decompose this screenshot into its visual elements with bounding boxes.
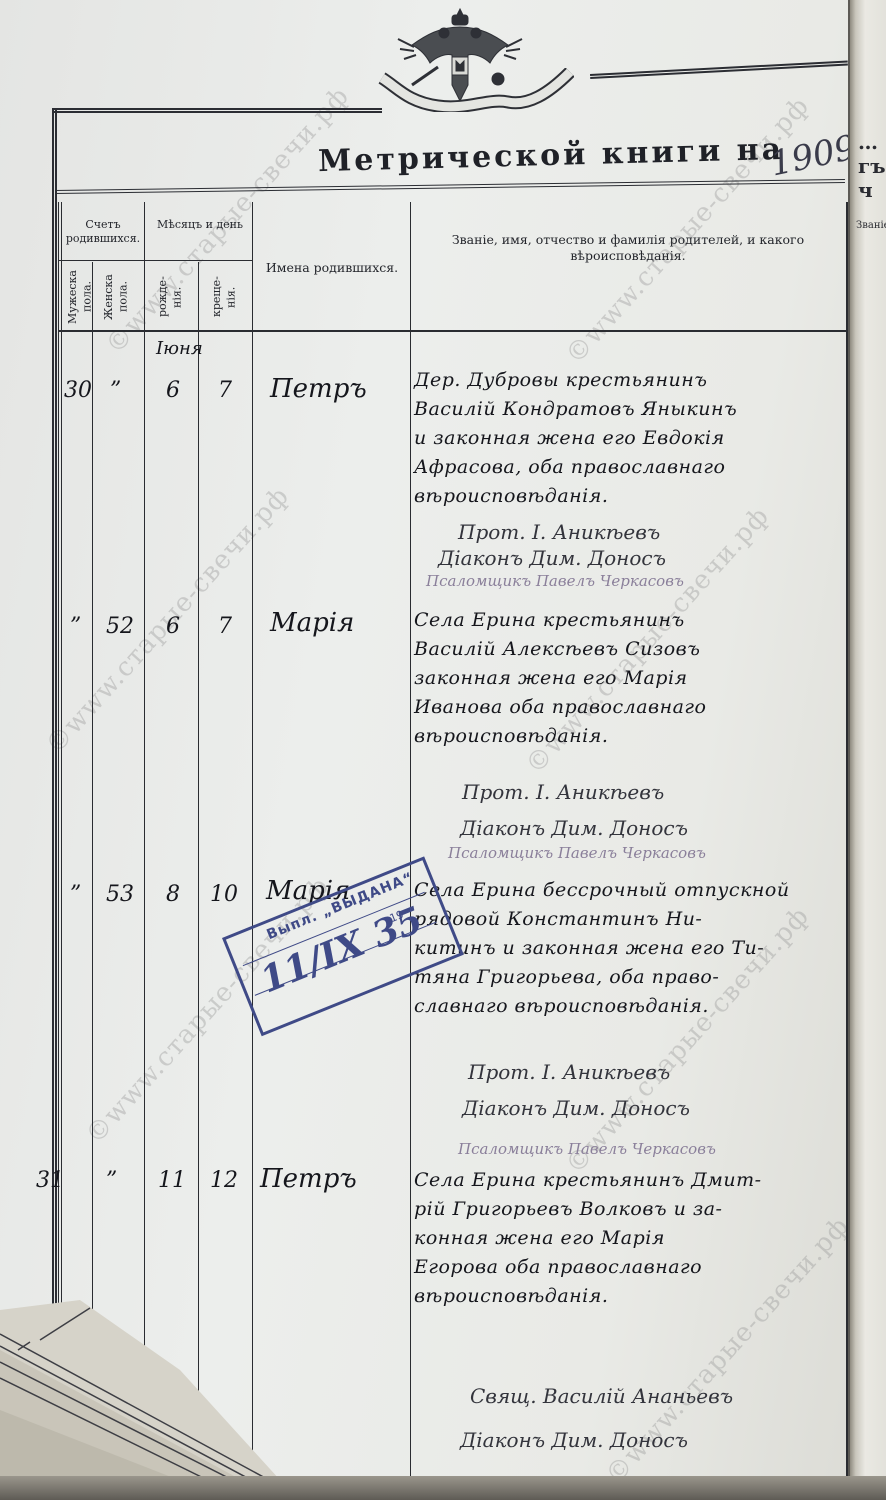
row-4-female-no: ”: [106, 1168, 117, 1193]
row-1-signature-deacon: Діаконъ Дим. Доносъ: [438, 546, 666, 570]
row-3-psalmist-note: Псаломщикъ Павелъ Черкасовъ: [458, 1140, 716, 1158]
row-3-baptism-day: 10: [210, 882, 238, 907]
row-1-psalmist-note: Псаломщикъ Павелъ Черкасовъ: [426, 572, 684, 590]
entry-line: Села Ерина бессрочный отпускной: [414, 876, 854, 905]
entry-line: вѣроисповѣданія.: [414, 482, 854, 511]
row-1-baptism-day: 7: [218, 378, 232, 403]
row-4-male-no: 31: [36, 1168, 64, 1193]
header-female: Женска пола.: [102, 268, 136, 326]
header-baptism: креще-нія.: [210, 268, 244, 326]
entry-line: рядовой Константинъ Ни-: [414, 905, 854, 934]
column-divider: [410, 202, 411, 1500]
row-4-parents: Села Ерина крестьянинъ Дмит- рій Григорь…: [414, 1166, 854, 1311]
header-birth: рожде-нія.: [156, 268, 190, 326]
row-4-signature-deacon: Діаконъ Дим. Доносъ: [460, 1428, 688, 1452]
entry-line: Дер. Дубровы крестьянинъ: [414, 366, 854, 395]
row-1-parents: Дер. Дубровы крестьянинъ Василій Кондрат…: [414, 366, 854, 511]
entry-line: Села Ерина крестьянинъ Дмит-: [414, 1166, 854, 1195]
header-male: Мужеска пола.: [66, 268, 88, 326]
header-birth-count: Счетъ родившихся.: [62, 218, 144, 247]
entry-line: конная жена его Марія: [414, 1224, 854, 1253]
row-4-signature-priest: Свящ. Василій Ананьевъ: [470, 1384, 733, 1408]
folded-page-corners: [0, 1290, 300, 1500]
entry-line: Василій Кондратовъ Яныкинъ: [414, 395, 854, 424]
entry-line: вѣроисповѣданія.: [414, 722, 854, 751]
row-2-birth-day: 6: [166, 614, 180, 639]
entry-line: и законная жена его Евдокія: [414, 424, 854, 453]
row-4-birth-day: 11: [158, 1168, 186, 1193]
header-parents: Званіе, имя, отчество и фамилія родителе…: [418, 232, 838, 265]
row-2-parents: Села Ерина крестьянинъ Василій Алексѣевъ…: [414, 606, 854, 751]
entry-line: славнаго вѣроисповѣданія.: [414, 992, 854, 1021]
month-label: Іюня: [156, 338, 203, 359]
entry-line: Села Ерина крестьянинъ: [414, 606, 854, 635]
entry-line: Афрасова, оба православнаго: [414, 453, 854, 482]
row-3-female-no: 53: [106, 882, 134, 907]
next-page-edge: …гъ, ч Званіе: [848, 0, 886, 1500]
emblem-banner-ribbon: [378, 68, 574, 112]
row-2-signature-deacon: Діаконъ Дим. Доносъ: [460, 816, 688, 840]
row-2-psalmist-note: Псаломщикъ Павелъ Черкасовъ: [448, 844, 706, 862]
entry-line: Василій Алексѣевъ Сизовъ: [414, 635, 854, 664]
row-1-name: Петръ: [270, 374, 367, 404]
row-2-male-no: ”: [70, 614, 81, 639]
row-4-baptism-day: 12: [210, 1168, 238, 1193]
row-1-female-no: ”: [110, 378, 121, 403]
header-bottom-rule: [58, 330, 848, 332]
row-2-name: Марія: [270, 608, 354, 638]
document-page: ©www.старые-свечи.рф ©www.старые-свечи.р…: [0, 0, 850, 1500]
row-3-signature-priest: Прот. І. Аникѣевъ: [468, 1060, 670, 1084]
row-3-parents: Села Ерина бессрочный отпускной рядовой …: [414, 876, 854, 1021]
header-month-day: Мѣсяцъ и день: [148, 218, 252, 232]
row-3-signature-deacon: Діаконъ Дим. Доносъ: [462, 1096, 690, 1120]
entry-line: тяна Григорьева, оба право-: [414, 963, 854, 992]
row-2-signature-priest: Прот. І. Аникѣевъ: [462, 780, 664, 804]
row-2-baptism-day: 7: [218, 614, 232, 639]
row-1-signature-priest: Прот. І. Аникѣевъ: [458, 520, 660, 544]
entry-line: Егорова оба православнаго: [414, 1253, 854, 1282]
header-names: Имена родившихся.: [254, 260, 410, 276]
frame-top-border: [590, 60, 848, 78]
entry-line: китинъ и законная жена его Ти-: [414, 934, 854, 963]
row-3-male-no: ”: [70, 882, 81, 907]
book-bottom-edge: [0, 1476, 886, 1500]
row-1-birth-day: 6: [166, 378, 180, 403]
row-4-name: Петръ: [260, 1164, 357, 1194]
row-1-male-no: 30: [64, 378, 92, 403]
next-page-header-fragment: Званіе: [856, 220, 886, 231]
entry-line: вѣроисповѣданія.: [414, 1282, 854, 1311]
next-page-title-fragment: …гъ, ч: [858, 130, 886, 202]
entry-line: рій Григорьевъ Волковъ и за-: [414, 1195, 854, 1224]
header-divider: [58, 260, 252, 261]
entry-line: Иванова оба православнаго: [414, 693, 854, 722]
row-2-female-no: 52: [106, 614, 134, 639]
entry-line: законная жена его Марія: [414, 664, 854, 693]
row-3-birth-day: 8: [166, 882, 180, 907]
